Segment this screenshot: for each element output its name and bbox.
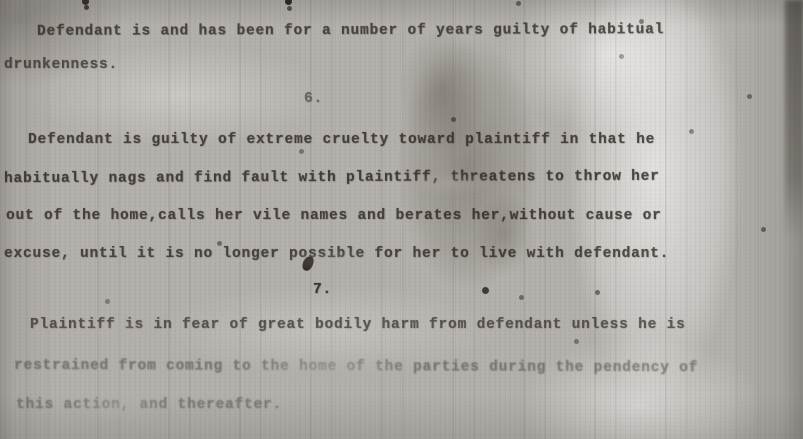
paragraph6-line-3: out of the home,calls her vile names and… [6,209,662,224]
paragraph5-line-2: drunkenness. [4,58,118,73]
ink-specks [0,0,3,3]
paragraph7-line-2: restrained from coming to the home of th… [14,359,698,376]
scanned-document-page: Defendant is and has been for a number o… [0,0,803,439]
section-number-6: 6. [304,92,323,107]
paragraph6-line-4: excuse, until it is no longer possible f… [4,247,669,262]
paragraph5-line-1: Defendant is and has been for a number o… [37,23,664,39]
section-number-7: 7. [313,283,332,298]
paragraph7-line-1: Plaintiff is in fear of great bodily har… [30,318,686,333]
paragraph7-line-3: this action, and thereafter. [16,398,282,413]
scan-edge-shadow [785,0,803,238]
paragraph6-line-2: habitually nags and find fault with plai… [4,170,660,187]
paragraph6-line-1: Defendant is guilty of extreme cruelty t… [28,133,655,148]
